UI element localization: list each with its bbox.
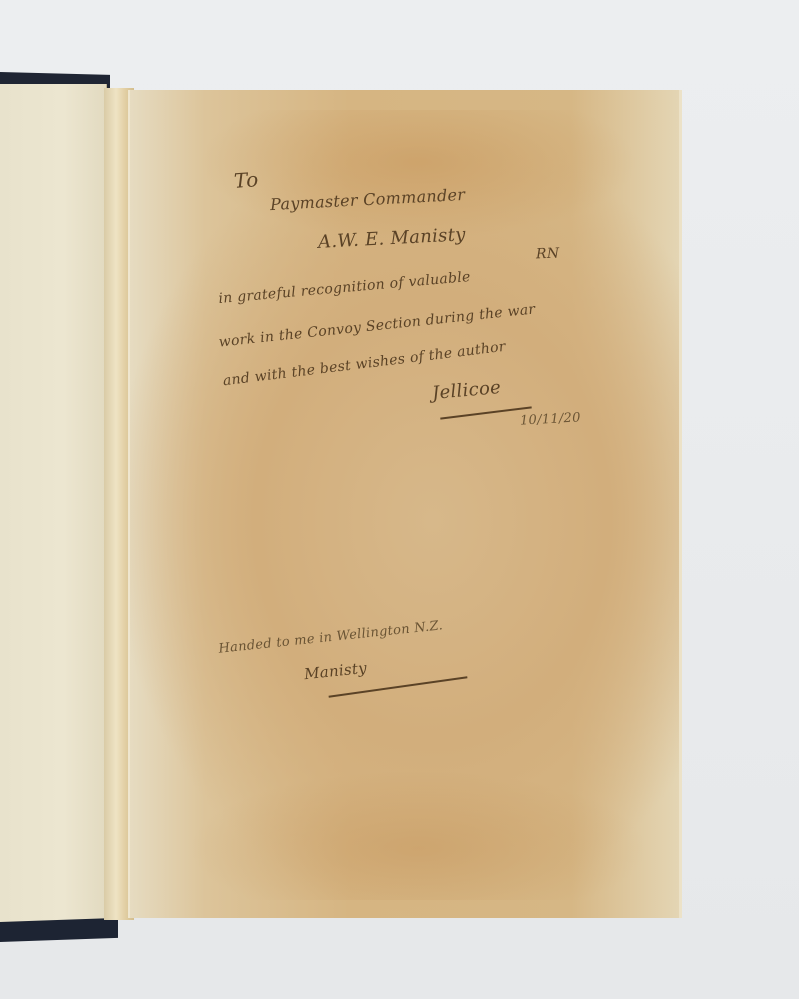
foxing-stain-bottom <box>188 770 648 900</box>
inscription-signature: Jellicoe <box>431 377 502 404</box>
annotation-signature-flourish <box>329 676 468 697</box>
signature-underline <box>440 406 532 419</box>
inscription-date: 10/11/20 <box>520 410 581 428</box>
foxing-stain-top <box>198 110 638 240</box>
front-endpaper <box>0 84 107 932</box>
flyleaf-page: To Paymaster Commander A.W. E. Manisty R… <box>128 90 682 918</box>
annotation-signature: Manisty <box>303 659 368 683</box>
inscription-recipient-suffix: RN <box>536 246 560 263</box>
inscription-line-1: in grateful recognition of valuable <box>218 269 472 307</box>
inscription-salutation: To <box>233 167 259 193</box>
cover-edge-bottom <box>0 918 118 942</box>
annotation-note: Handed to me in Wellington N.Z. <box>218 618 444 656</box>
